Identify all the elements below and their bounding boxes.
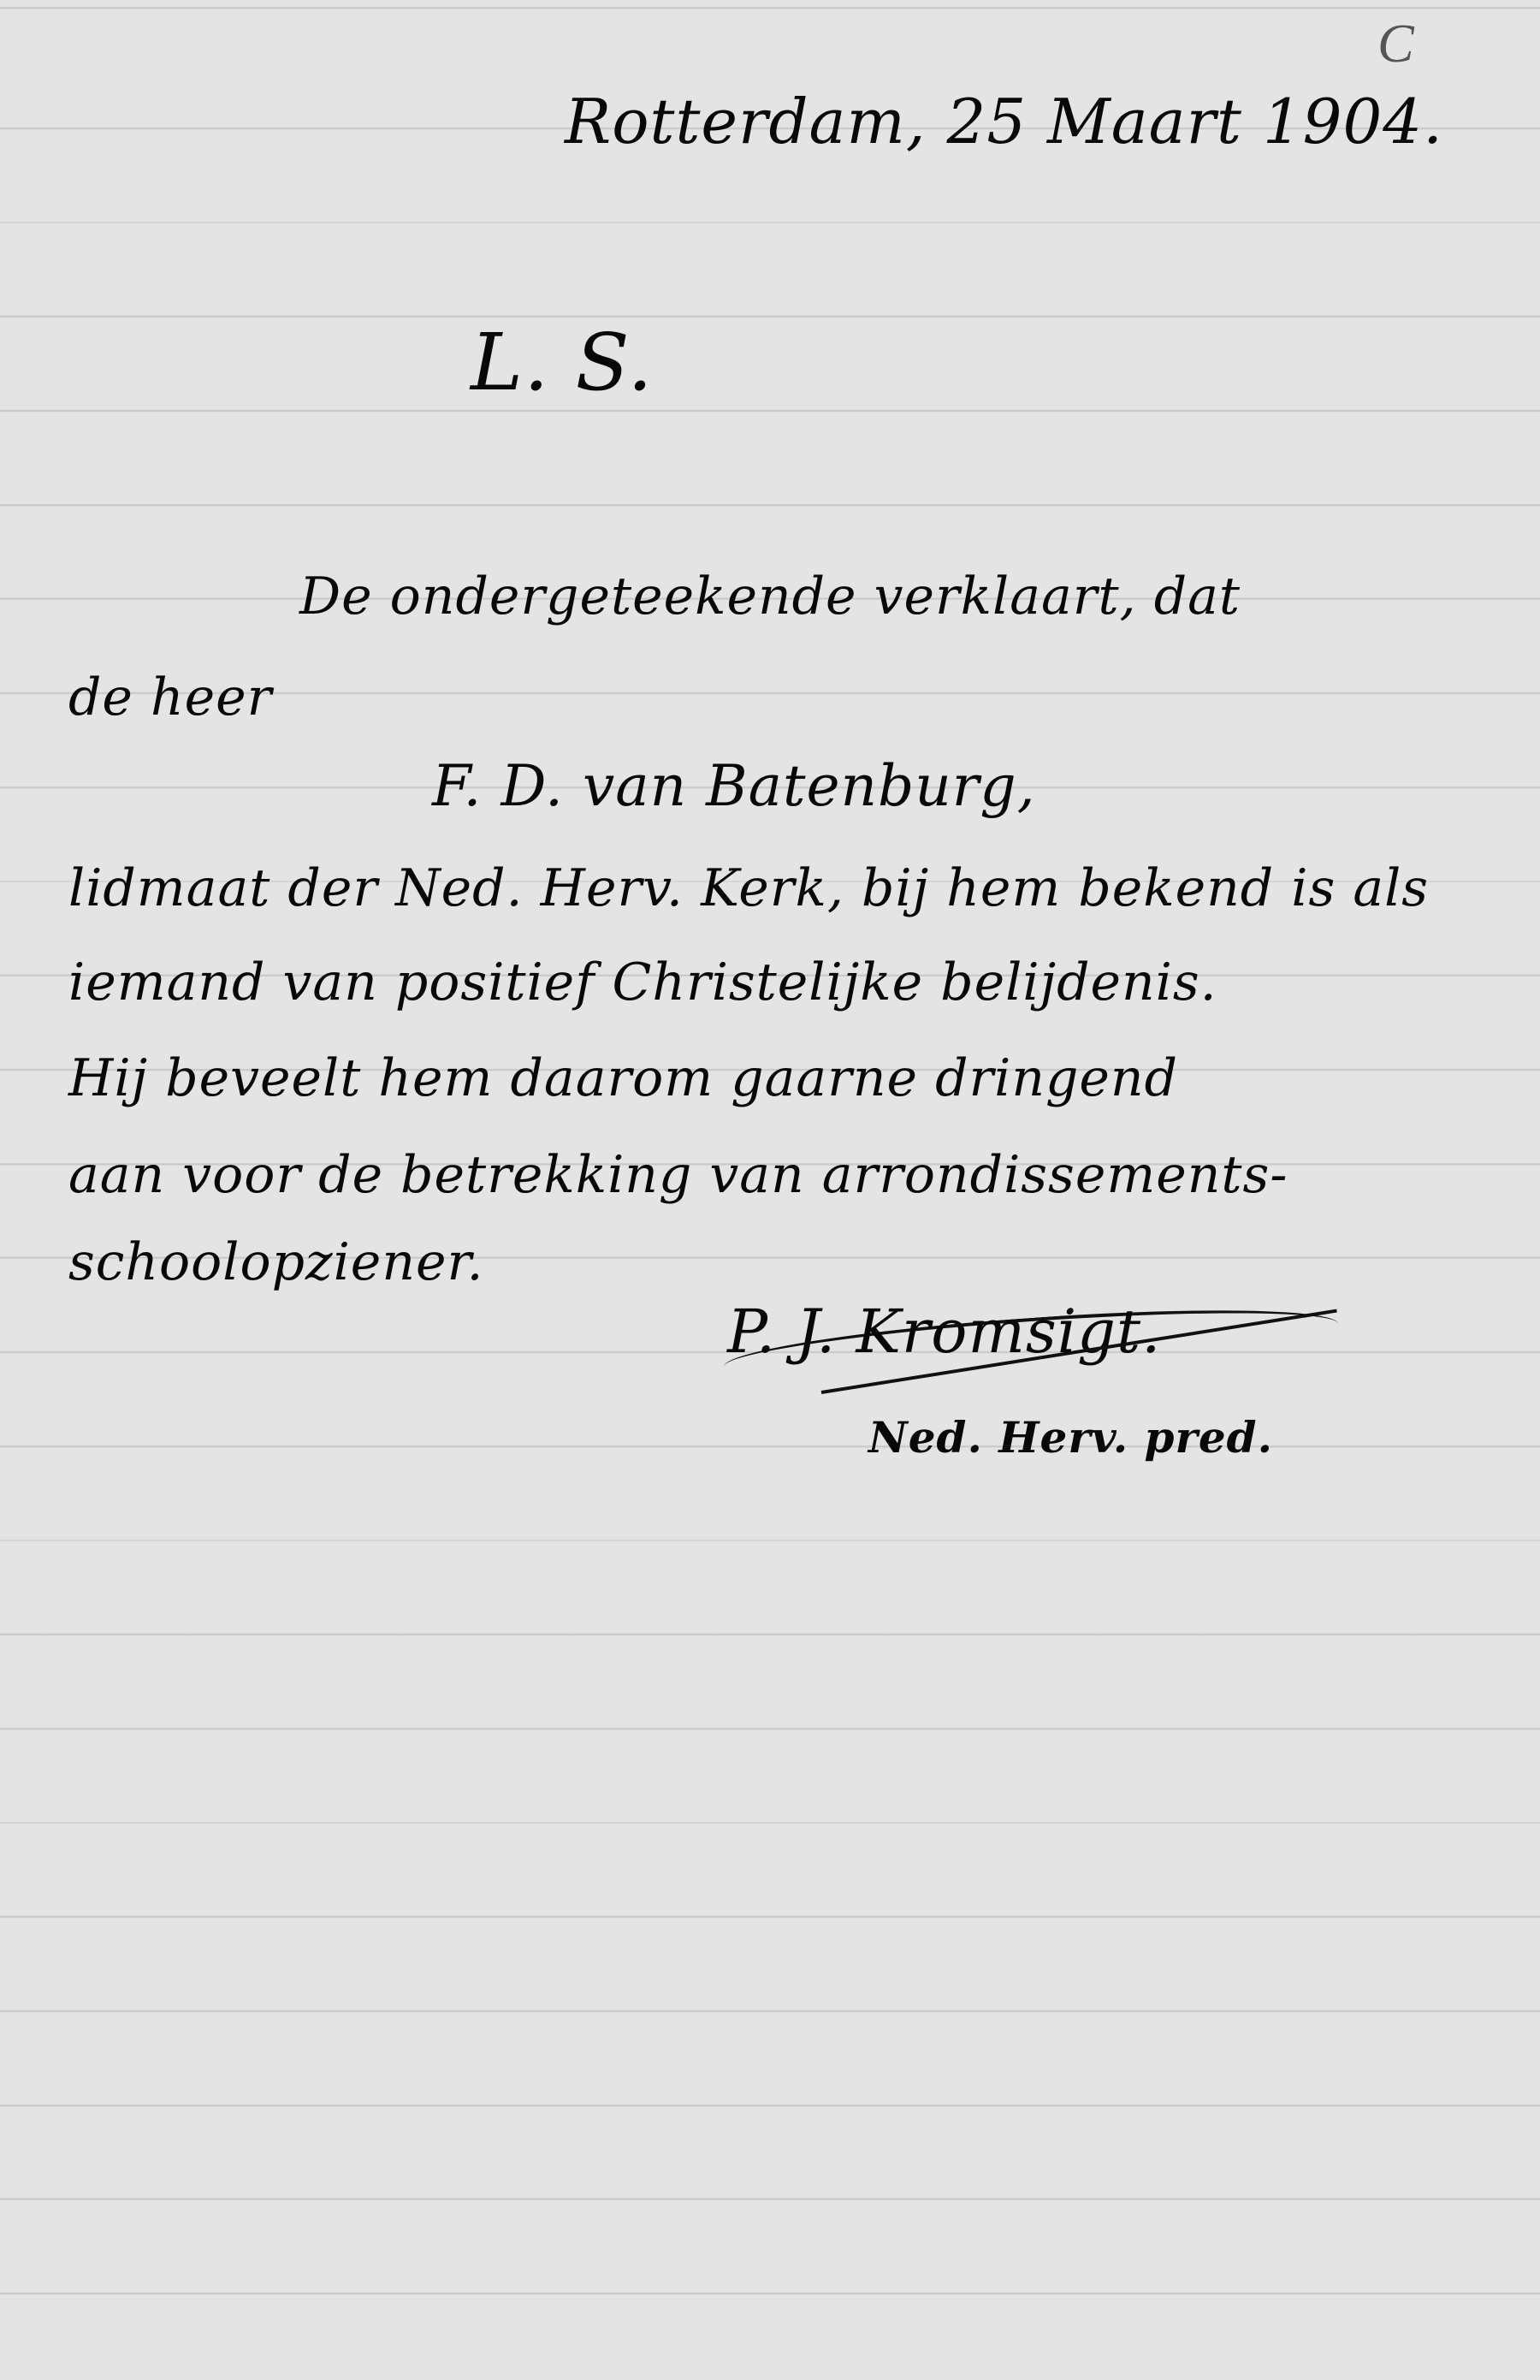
subject-name: F. D. van Batenburg, <box>432 753 1036 819</box>
dateline: Rotterdam, 25 Maart 1904. <box>565 86 1443 157</box>
body-line-recommendation: Hij beveelt hem daarom gaarne dringend <box>68 1048 1178 1108</box>
body-line-declaration: De ondergeteekende verklaart, dat <box>299 567 1241 626</box>
letter-page: C Rotterdam, 25 Maart 1904. L. S. De ond… <box>0 0 1540 2380</box>
body-line-membership: lidmaat der Ned. Herv. Kerk, bij hem bek… <box>68 858 1429 918</box>
signature-title: Ned. Herv. pred. <box>868 1412 1273 1463</box>
body-line-position-end: schoolopziener. <box>68 1232 484 1292</box>
body-line-confession: iemand van positief Christelijke belijde… <box>68 953 1217 1012</box>
salutation: L. S. <box>471 317 654 408</box>
signature: P. J. Kromsigt. <box>727 1297 1161 1367</box>
body-line-de-heer: de heer <box>68 668 272 727</box>
archive-mark: C <box>1377 12 1415 75</box>
body-line-position: aan voor de betrekking van arrondissemen… <box>68 1145 1288 1205</box>
